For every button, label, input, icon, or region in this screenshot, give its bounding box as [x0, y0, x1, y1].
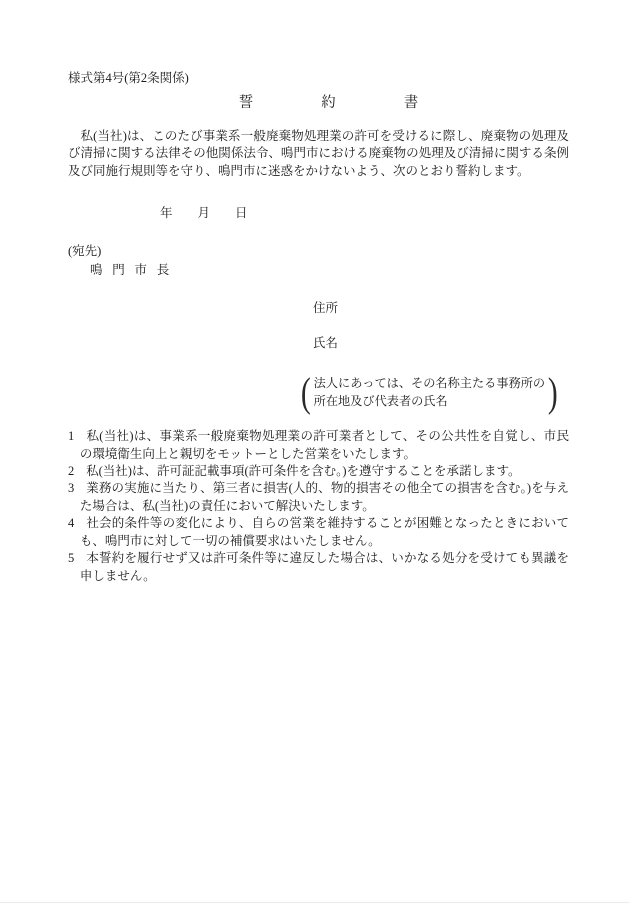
address-field-label: 住所 [313, 300, 569, 317]
year-label: 年 [160, 205, 173, 222]
pledge-item: 5本誓約を履行せず又は許可条件等に違反した場合は、いかなる処分を受けても異議を申… [68, 550, 569, 585]
date-line: 年 月 日 [160, 205, 569, 222]
name-field-label: 氏名 [313, 335, 569, 352]
pledge-item: 4社会的条件等の変化により、自らの営業を維持することが困難となったときにおいても… [68, 515, 569, 550]
pledge-item: 1私(当社)は、事業系一般廃棄物処理業の許可業者として、その公共性を自覚し、市民… [68, 428, 569, 463]
pledge-item-text: 私(当社)は、許可証記載事項(許可条件を含む。)を遵守することを承諾します。 [86, 464, 520, 478]
day-label: 日 [235, 205, 248, 222]
pledge-list: 1私(当社)は、事業系一般廃棄物処理業の許可業者として、その公共性を自覚し、市民… [68, 428, 569, 585]
corporate-note-line-2: 所在地及び代表者の氏名 [314, 394, 448, 408]
corporate-note: ( 法人にあっては、その名称主たる事務所の 所在地及び代表者の氏名 ) [299, 372, 551, 413]
title-char-3: 書 [404, 93, 419, 113]
left-bracket: ( [301, 372, 311, 413]
pledge-item-text: 社会的条件等の変化により、自らの営業を維持することが困難となったときにおいても、… [80, 516, 569, 547]
pledge-item-number: 4 [68, 516, 74, 530]
pledge-item-number: 1 [68, 429, 74, 443]
month-label: 月 [198, 205, 211, 222]
pledge-item-number: 2 [68, 464, 74, 478]
title-char-1: 誓 [239, 93, 254, 113]
pledge-item-text: 私(当社)は、事業系一般廃棄物処理業の許可業者として、その公共性を自覚し、市民の… [80, 429, 569, 460]
form-number: 様式第4号(第2条関係) [68, 70, 569, 87]
addressee-label: (宛先) [68, 243, 569, 260]
pledge-form-page: 様式第4号(第2条関係) 誓 約 書 私(当社)は、このたび事業系一般廃棄物処理… [0, 0, 630, 903]
corporate-note-text: 法人にあっては、その名称主たる事務所の 所在地及び代表者の氏名 [313, 375, 546, 410]
document-title: 誓 約 書 [78, 93, 579, 113]
right-bracket: ) [548, 372, 558, 413]
pledge-item-text: 本誓約を履行せず又は許可条件等に違反した場合は、いかなる処分を受けても異議を申し… [80, 551, 569, 582]
pledge-item: 3業務の実施に当たり、第三者に損害(人的、物的損害その他全ての損害を含む。)を与… [68, 480, 569, 515]
intro-paragraph: 私(当社)は、このたび事業系一般廃棄物処理業の許可を受けるに際し、廃棄物の処理及… [68, 128, 569, 180]
title-char-2: 約 [321, 93, 336, 113]
pledge-item-number: 5 [68, 551, 74, 565]
pledge-item: 2私(当社)は、許可証記載事項(許可条件を含む。)を遵守することを承諾します。 [68, 463, 569, 480]
corporate-note-line-1: 法人にあっては、その名称主たる事務所の [314, 376, 545, 390]
addressee-name: 鳴門市長 [90, 262, 569, 279]
pledge-item-text: 業務の実施に当たり、第三者に損害(人的、物的損害その他全ての損害を含む。)を与え… [80, 481, 569, 512]
pledge-item-number: 3 [68, 481, 74, 495]
